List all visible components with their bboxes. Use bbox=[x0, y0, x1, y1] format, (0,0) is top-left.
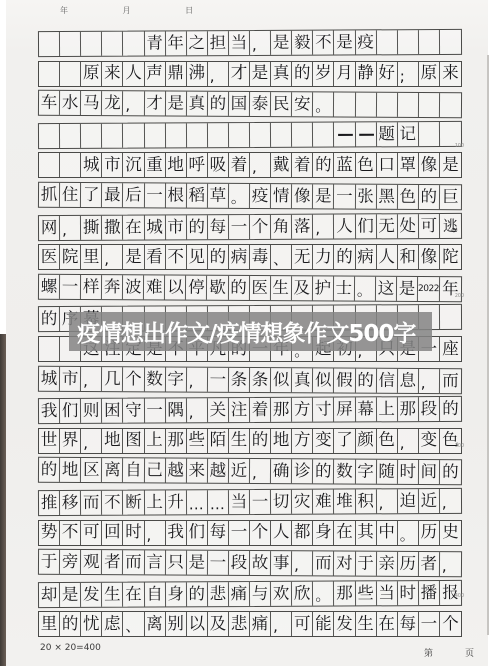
grid-cell bbox=[355, 93, 376, 117]
grid-cell: 罩 bbox=[398, 153, 419, 177]
grid-cell: 寸 bbox=[313, 398, 334, 422]
grid-cell: 毅 bbox=[292, 31, 313, 55]
grid-cell: 张 bbox=[355, 185, 376, 209]
grid-cell bbox=[123, 32, 144, 56]
caption-banner-text: 疫情想出作文/疫情想象作文500字 bbox=[69, 315, 415, 348]
grid-cell: 地 bbox=[102, 429, 123, 453]
grid-cell: 市 bbox=[60, 366, 81, 390]
grid-cell: 是 bbox=[166, 92, 187, 116]
grid-cell: 们 bbox=[60, 399, 81, 423]
grid-cell: 青 bbox=[144, 31, 165, 55]
grid-row: 青年之担当,是毅不是疫 bbox=[38, 29, 462, 57]
grid-cell: 痛 bbox=[250, 612, 271, 636]
grid-cell: 静 bbox=[356, 62, 377, 86]
grid-cell: 医 bbox=[39, 245, 60, 269]
grid-cell: 个 bbox=[250, 521, 271, 545]
grid-cell: 当 bbox=[377, 581, 398, 605]
grid-cell: 吸 bbox=[208, 153, 229, 177]
grid-cell: 的 bbox=[208, 92, 229, 116]
grid-cell: 着 bbox=[229, 153, 250, 177]
grid-cell: , bbox=[440, 489, 461, 513]
grid-cell: 年 bbox=[166, 31, 187, 55]
grid-cell: 后 bbox=[123, 183, 144, 207]
grid-cell: 于 bbox=[355, 552, 376, 576]
grid-cell: 以 bbox=[187, 612, 208, 636]
grid-cell bbox=[81, 124, 102, 148]
grid-cell: 断 bbox=[123, 490, 144, 514]
grid-cell: 的 bbox=[355, 368, 376, 392]
grid-cell: 病 bbox=[356, 245, 377, 269]
grid-cell: 言 bbox=[144, 550, 165, 574]
grid-cell: 疫 bbox=[355, 30, 376, 54]
grid-cell bbox=[419, 122, 440, 146]
grid-cell: 处 bbox=[398, 214, 419, 238]
grid-cell: 发 bbox=[334, 612, 355, 636]
grid-cell: , bbox=[250, 31, 271, 55]
grid-cell: 个 bbox=[250, 214, 271, 238]
grid-cell: 波 bbox=[123, 275, 144, 299]
grid-cell: 变 bbox=[419, 429, 440, 453]
grid-cell: 悲 bbox=[229, 612, 250, 636]
grid-cell: , bbox=[81, 429, 102, 453]
grid-cell bbox=[60, 62, 81, 86]
grid-cell bbox=[377, 30, 398, 54]
grid-cell: 真 bbox=[187, 92, 208, 116]
grid-cell: 的 bbox=[440, 397, 461, 421]
grid-cell: 一 bbox=[208, 551, 229, 575]
grid-row: 里的忧虑、离别以及悲痛,可能发生在每一个 bbox=[38, 611, 462, 637]
grid-cell: 可 bbox=[419, 214, 440, 238]
grid-cell: 欢 bbox=[271, 581, 292, 605]
grid-cell: 鼎 bbox=[166, 62, 187, 86]
grid-cell bbox=[398, 93, 419, 117]
grid-cell: 每 bbox=[208, 521, 229, 545]
grid-cell: 势 bbox=[39, 521, 60, 545]
grid-cell: 口 bbox=[377, 153, 398, 177]
grid-cell: 区 bbox=[81, 458, 102, 482]
grid-cell: 可 bbox=[81, 521, 102, 545]
grid-cell: 在 bbox=[123, 215, 144, 239]
grid-cell: 个 bbox=[123, 367, 144, 391]
grid-cell: 像 bbox=[292, 184, 313, 208]
grid-row: 于旁观者而言只是一段故事,而对于亲历者, bbox=[38, 549, 462, 578]
grid-cell: 身 bbox=[313, 521, 334, 545]
grid-cell: 世 bbox=[39, 429, 60, 453]
grid-cell: 。 bbox=[229, 184, 250, 208]
grid-cell: 是 bbox=[60, 583, 81, 607]
grid-cell: 网 bbox=[39, 216, 60, 240]
grid-cell: 撕 bbox=[81, 215, 102, 239]
grid-cell: 重 bbox=[145, 153, 166, 177]
grid-cell: 不 bbox=[60, 521, 81, 545]
grid-cell: 上 bbox=[144, 490, 165, 514]
grid-cell: , bbox=[419, 369, 440, 393]
grid-cell bbox=[187, 123, 208, 147]
grid-cell: 旁 bbox=[60, 550, 81, 574]
grid-cell bbox=[102, 123, 123, 147]
grid-cell bbox=[166, 123, 187, 147]
grid-cell bbox=[334, 93, 355, 117]
grid-cell: 个 bbox=[440, 612, 461, 636]
page-number-label: 第 页 bbox=[424, 646, 474, 659]
grid-cell bbox=[208, 123, 229, 147]
grid-cell: 2022 bbox=[418, 277, 440, 301]
grid-cell: 逃。 bbox=[440, 213, 461, 237]
grid-cell: 近 bbox=[229, 459, 250, 483]
grid-cell: 生 bbox=[102, 582, 123, 606]
grid-row: ——题记 bbox=[38, 121, 462, 149]
grid-cell: 每 bbox=[398, 612, 419, 636]
grid-cell: 记 bbox=[398, 122, 419, 146]
grid-cell: 医 bbox=[249, 276, 270, 300]
grid-cell: 那 bbox=[334, 581, 355, 605]
grid-row: 推移而不断上升……当一切灾难堆积,迫近, bbox=[38, 488, 462, 516]
grid-cell: , bbox=[208, 62, 229, 86]
grid-cell: 变 bbox=[313, 429, 334, 453]
grid-cell: 根 bbox=[166, 183, 187, 207]
grid-cell: 推 bbox=[39, 491, 60, 515]
grid-cell: 在 bbox=[123, 582, 144, 606]
grid-cell: 似 bbox=[271, 368, 292, 392]
grid-cell bbox=[229, 123, 250, 147]
grid-cell bbox=[250, 123, 271, 147]
grid-row: 医院里,是看不见的病毒、无力的病人和像陀 bbox=[38, 244, 462, 270]
grid-cell: 虑 bbox=[102, 612, 123, 636]
grid-cell: 了 bbox=[81, 183, 102, 207]
grid-cell: 样 bbox=[81, 275, 102, 299]
grid-cell: 越 bbox=[208, 459, 229, 483]
grid-cell: 发 bbox=[81, 582, 102, 606]
grid-cell: 来 bbox=[102, 62, 123, 86]
grid-cell: 亲 bbox=[377, 552, 398, 576]
grid-cell: 是 bbox=[313, 184, 334, 208]
grid-cell: 段 bbox=[419, 397, 440, 421]
grid-cell: 故 bbox=[250, 551, 271, 575]
grid-cell: 间 bbox=[419, 460, 440, 484]
grid-cell bbox=[419, 93, 440, 117]
grid-cell: 市 bbox=[166, 215, 187, 239]
grid-cell: 不 bbox=[102, 491, 123, 515]
grid-cell: 题 bbox=[377, 122, 398, 146]
grid-cell: 泰 bbox=[250, 92, 271, 116]
grid-cell: 堆 bbox=[334, 489, 355, 513]
grid-cell: 一 bbox=[144, 183, 165, 207]
grid-row: 的地区离自己越来越近,确诊的数字随时间的 bbox=[38, 457, 462, 486]
photo-edge-left bbox=[0, 334, 6, 666]
grid-cell: 是 bbox=[397, 277, 418, 301]
grid-cell: 疫 bbox=[250, 184, 271, 208]
grid-cell: 岁 bbox=[313, 62, 334, 86]
grid-cell: 之 bbox=[187, 31, 208, 55]
grid-cell: 与 bbox=[250, 582, 271, 606]
grid-cell bbox=[39, 124, 60, 148]
grid-cell: 近 bbox=[419, 489, 440, 513]
grid-cell: 段 bbox=[229, 551, 250, 575]
grid-cell: … bbox=[208, 490, 229, 514]
grid-cell: 似 bbox=[313, 368, 334, 392]
grid-cell: 是 bbox=[440, 153, 461, 177]
grid-cell: 而 bbox=[81, 491, 102, 515]
grid-cell: 些 bbox=[187, 429, 208, 453]
grid-cell bbox=[144, 123, 165, 147]
grid-cell: 。 bbox=[313, 581, 334, 605]
grid-cell: 们 bbox=[187, 521, 208, 545]
grid-row: 车水马龙,才是真的国泰民安。 bbox=[38, 90, 462, 119]
grid-cell: , bbox=[187, 367, 208, 391]
grid-cell: 的 bbox=[313, 460, 334, 484]
grid-cell: 生 bbox=[271, 276, 292, 300]
grid-cell: 自 bbox=[144, 582, 165, 606]
grid-cell bbox=[440, 305, 461, 329]
grid-cell: 城 bbox=[39, 366, 60, 390]
grid-cell: 真 bbox=[271, 62, 292, 86]
grid-cell: 像 bbox=[419, 153, 440, 177]
grid-cell: 字 bbox=[166, 367, 187, 391]
grid-cell: 这 bbox=[376, 277, 397, 301]
grid-cell: 幕 bbox=[355, 397, 376, 421]
grid-cell: 的 bbox=[208, 245, 229, 269]
word-count-marker-400: 400 bbox=[446, 593, 464, 598]
grid-cell: 色 bbox=[398, 185, 419, 209]
grid-row: 我们则困守一隅,关注着那方寸屏幕上那段的 bbox=[38, 396, 462, 424]
grid-cell: 螺 bbox=[39, 274, 60, 298]
grid-cell: , bbox=[187, 398, 208, 422]
grid-cell: 悲 bbox=[208, 582, 229, 606]
caption-banner: 疫情想出作文/疫情想象作文500字 bbox=[69, 312, 432, 351]
grid-cell: 守 bbox=[123, 399, 144, 423]
grid-cell: , bbox=[102, 245, 123, 269]
grid-cell: 色 bbox=[377, 429, 398, 453]
grid-cell: 息 bbox=[398, 368, 419, 392]
grid-cell: 好 bbox=[377, 62, 398, 86]
grid-cell: 座 bbox=[440, 337, 461, 361]
grid-cell: 撒 bbox=[102, 215, 123, 239]
grid-cell: 回 bbox=[102, 521, 123, 545]
grid-cell: 历 bbox=[419, 521, 440, 545]
grid-cell: 。 bbox=[355, 276, 376, 300]
grid-cell: 的 bbox=[60, 612, 81, 636]
grid-cell: 黑 bbox=[377, 185, 398, 209]
grid-cell: 色 bbox=[440, 429, 461, 453]
grid-cell: 市 bbox=[102, 153, 123, 177]
grid-row: 势不可回时,我们每一个人都身在其中。历史 bbox=[38, 520, 462, 546]
grid-cell: 都 bbox=[292, 521, 313, 545]
grid-cell: , bbox=[398, 429, 419, 453]
grid-cell: 那 bbox=[166, 429, 187, 453]
grid-cell: 我 bbox=[39, 399, 60, 423]
grid-cell: 观 bbox=[81, 550, 102, 574]
grid-cell: 时 bbox=[123, 521, 144, 545]
grid-cell: 欣 bbox=[292, 581, 313, 605]
grid-cell: 图 bbox=[123, 429, 144, 453]
grid-cell: 蓝 bbox=[334, 153, 355, 177]
grid-cell: 时 bbox=[398, 460, 419, 484]
grid-cell: 及 bbox=[292, 276, 313, 300]
grid-cell: 的 bbox=[419, 185, 440, 209]
grid-cell: 安 bbox=[292, 92, 313, 116]
grid-cell: 民 bbox=[271, 92, 292, 116]
grid-cell: 一 bbox=[334, 184, 355, 208]
grid-cell bbox=[313, 122, 334, 146]
grid-cell: 在 bbox=[334, 521, 355, 545]
grid-cell: 真 bbox=[292, 368, 313, 392]
grid-cell: 地 bbox=[60, 458, 81, 482]
grid-cell: , bbox=[313, 214, 334, 238]
grid-cell: , bbox=[81, 367, 102, 391]
grid-cell: 播 bbox=[419, 581, 440, 605]
grid-cell: , bbox=[145, 521, 166, 545]
grid-cell: , bbox=[440, 552, 461, 576]
grid-cell: 方 bbox=[292, 429, 313, 453]
grid-cell: 积 bbox=[355, 489, 376, 513]
grid-cell: 的 bbox=[187, 215, 208, 239]
grid-cell bbox=[60, 124, 81, 148]
grid-cell bbox=[39, 337, 60, 361]
grid-cell: 难 bbox=[144, 275, 165, 299]
grid-cell: 难 bbox=[313, 489, 334, 513]
grid-cell bbox=[377, 93, 398, 117]
grid-cell: 里 bbox=[39, 612, 60, 636]
screenshot-root: { "page": { "date_header": "年 月 日", "foo… bbox=[0, 0, 500, 666]
grid-cell: 和 bbox=[398, 245, 419, 269]
grid-cell: 沸 bbox=[187, 62, 208, 86]
grid-cell: 离 bbox=[102, 458, 123, 482]
grid-cell bbox=[398, 30, 419, 54]
grid-cell: 在 bbox=[377, 612, 398, 636]
grid-cell: 车 bbox=[39, 91, 60, 115]
photo-edge-right bbox=[487, 55, 489, 635]
grid-cell: 数 bbox=[334, 460, 355, 484]
grid-cell: 一 bbox=[144, 399, 165, 423]
grid-cell: 人 bbox=[334, 214, 355, 238]
grid-cell: 痛 bbox=[229, 582, 250, 606]
grid-cell: 歇 bbox=[207, 275, 228, 299]
grid-cell: 士 bbox=[334, 276, 355, 300]
grid-cell: 原 bbox=[419, 62, 440, 86]
grid-spec-label: 20 × 20=400 bbox=[40, 643, 101, 653]
grid-cell: 屏 bbox=[334, 398, 355, 422]
grid-cell: ; bbox=[398, 62, 419, 86]
grid-cell: 只 bbox=[166, 551, 187, 575]
grid-cell: 切 bbox=[271, 490, 292, 514]
grid-cell: 隅 bbox=[166, 398, 187, 422]
grid-cell: 停 bbox=[186, 275, 207, 299]
grid-cell: 迫 bbox=[398, 489, 419, 513]
grid-cell: 诊 bbox=[292, 460, 313, 484]
grid-cell: 来 bbox=[440, 62, 461, 86]
grid-cell: 看 bbox=[145, 245, 166, 269]
grid-cell: 字 bbox=[355, 460, 376, 484]
grid-cell: 着 bbox=[292, 153, 313, 177]
grid-cell: 上 bbox=[145, 429, 166, 453]
grid-row: 却是发生在自身的悲痛与欢欣。那些当时播报 bbox=[38, 580, 462, 608]
grid-cell: 者 bbox=[419, 552, 440, 576]
grid-cell: 抓 bbox=[39, 183, 60, 207]
grid-cell: 沉 bbox=[123, 153, 144, 177]
grid-cell: 草 bbox=[208, 184, 229, 208]
grid-cell: 颜 bbox=[356, 429, 377, 453]
grid-cell: 越 bbox=[166, 459, 187, 483]
grid-cell: 、 bbox=[123, 612, 144, 636]
grid-cell bbox=[39, 62, 60, 86]
grid-cell: 是 bbox=[334, 30, 355, 54]
grid-cell: 陀 bbox=[440, 245, 461, 269]
grid-cell: 落 bbox=[292, 214, 313, 238]
grid-cell: 像 bbox=[419, 245, 440, 269]
grid-cell bbox=[81, 32, 102, 56]
grid-row: 螺一样奔波难以停歇的医生及护士。这是2022年 bbox=[38, 273, 462, 302]
grid-cell: 院 bbox=[60, 245, 81, 269]
grid-cell: 于 bbox=[39, 550, 60, 574]
grid-cell: 假 bbox=[334, 368, 355, 392]
grid-cell: 而 bbox=[440, 369, 461, 393]
grid-cell: 地 bbox=[271, 429, 292, 453]
grid-cell: 最 bbox=[102, 183, 123, 207]
grid-cell: 人 bbox=[271, 521, 292, 545]
grid-cell: 担 bbox=[208, 31, 229, 55]
grid-cell: 移 bbox=[60, 491, 81, 515]
grid-cell: , bbox=[271, 612, 292, 636]
grid-cell: 历 bbox=[398, 552, 419, 576]
grid-cell: 、 bbox=[271, 245, 292, 269]
grid-cell: 生 bbox=[229, 429, 250, 453]
grid-cell: 人 bbox=[377, 245, 398, 269]
grid-cell: 城 bbox=[81, 153, 102, 177]
grid-cell: 无 bbox=[377, 214, 398, 238]
grid-cell: 水 bbox=[60, 91, 81, 115]
grid-cell: 病 bbox=[229, 245, 250, 269]
grid-cell: 灾 bbox=[292, 490, 313, 514]
date-header: 年 月 日 bbox=[60, 5, 200, 16]
grid-cell: 。 bbox=[313, 93, 334, 117]
grid-cell: 的 bbox=[187, 582, 208, 606]
grid-cell: , bbox=[123, 91, 144, 115]
grid-cell: 了 bbox=[334, 429, 355, 453]
grid-cell: 护 bbox=[313, 276, 334, 300]
grid-cell: 们 bbox=[355, 214, 376, 238]
grid-cell bbox=[60, 32, 81, 56]
grid-cell: 情 bbox=[271, 184, 292, 208]
grid-cell bbox=[60, 153, 81, 177]
grid-cell: 当 bbox=[229, 31, 250, 55]
grid-cell: 才 bbox=[229, 62, 250, 86]
grid-cell: 不 bbox=[313, 31, 334, 55]
grid-cell: 确 bbox=[271, 459, 292, 483]
grid-cell bbox=[292, 122, 313, 146]
grid-cell: 地 bbox=[166, 153, 187, 177]
grid-cell: 毒 bbox=[250, 245, 271, 269]
grid-cell: 者 bbox=[102, 550, 123, 574]
grid-cell: … bbox=[187, 490, 208, 514]
grid-cell: 是 bbox=[187, 551, 208, 575]
grid-cell: 戴 bbox=[271, 153, 292, 177]
grid-cell: 事 bbox=[271, 551, 292, 575]
grid-cell: 随 bbox=[377, 460, 398, 484]
grid-cell: 自 bbox=[123, 459, 144, 483]
grid-cell: 无 bbox=[292, 245, 313, 269]
grid-cell: 己 bbox=[144, 459, 165, 483]
grid-cell: 则 bbox=[81, 399, 102, 423]
grid-cell: 的 bbox=[313, 153, 334, 177]
grid-cell: 的 bbox=[250, 429, 271, 453]
grid-row: 抓住了最后一根稻草。疫情像是一张黑色的巨 bbox=[38, 182, 462, 211]
grid-cell bbox=[419, 30, 440, 54]
word-count-marker-100: 100 bbox=[446, 143, 464, 148]
grid-cell: 忧 bbox=[81, 612, 102, 636]
grid-cell: 巨 bbox=[440, 185, 461, 209]
grid-cell: 别 bbox=[166, 612, 187, 636]
grid-cell: 对 bbox=[334, 552, 355, 576]
